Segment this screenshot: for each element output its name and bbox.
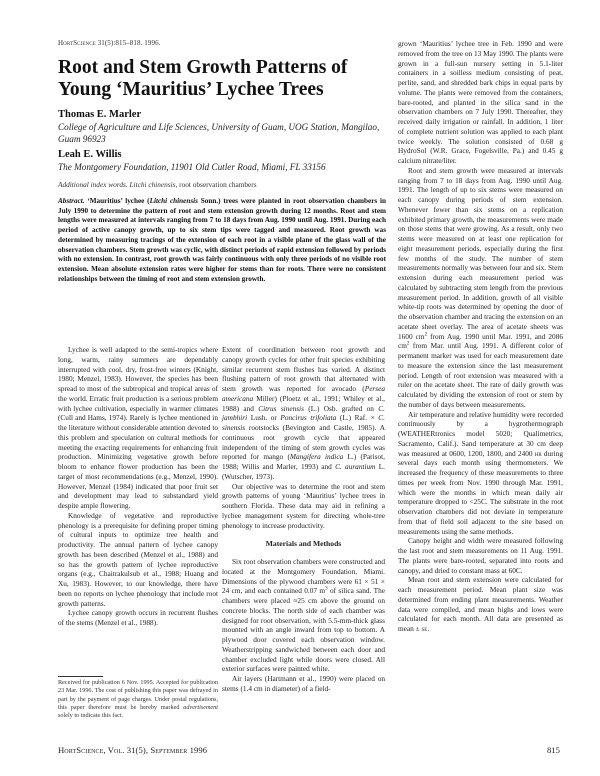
paragraph: Air temperature and relative humidity we… [398,410,563,537]
author-affiliation: The Montgomery Foundation, 11901 Old Cut… [58,162,398,174]
footnote: Received for publication 6 Nov. 1995. Ac… [58,679,218,720]
paragraph: Extent of coordination between root grow… [222,345,385,482]
index-words-species: Litchi chinensis [129,180,175,189]
body-column-middle: Extent of coordination between root grow… [222,345,385,694]
body-column-left: Lychee is well adapted to the semi-tropi… [58,345,218,628]
paragraph: Knowledge of vegetative and reproductive… [58,511,218,609]
footer-journal: HortScience, Vol. 31(5), September 1996 [58,745,207,755]
footnote-divider [58,676,103,677]
paragraph: Mean root and stem extension were calcul… [398,575,563,634]
index-words-rest: , root observation chambers [176,180,257,189]
page-title: Root and Stem Growth Patterns of Young ‘… [58,57,398,100]
journal-name: HortScience [58,39,96,47]
paragraph: Canopy height and width were measured fo… [398,536,563,575]
paragraph: Lychee is well adapted to the semi-tropi… [58,345,218,511]
paragraph: Air layers (Hartmann et al., 1990) were … [222,674,385,694]
paragraph: Our objective was to determine the root … [222,482,385,531]
paragraph: Lychee canopy growth occurs in recurrent… [58,608,218,628]
paragraph: grown ‘Mauritius’ lychee tree in Feb. 19… [398,39,563,166]
abstract-label: Abstract. [58,197,85,205]
body-column-right: grown ‘Mauritius’ lychee tree in Feb. 19… [398,39,563,634]
page-number: 815 [547,745,560,755]
author-affiliation: College of Agriculture and Life Sciences… [58,122,398,145]
paragraph: Six root observation chambers were const… [222,557,385,674]
index-words-label: Additional index words. [58,180,128,189]
paragraph: Root and stem growth were measured at in… [398,166,563,410]
index-words: Additional index words. Litchi chinensis… [58,180,257,189]
section-heading: Materials and Methods [222,539,385,549]
citation: 31(5):815–818. 1996. [98,39,161,47]
author-name: Leah E. Willis [58,149,122,160]
author-name: Thomas E. Marler [58,109,141,120]
abstract: Abstract. ‘Mauritius’ lychee (Litchi chi… [58,197,386,284]
running-head: HortScience 31(5):815–818. 1996. [58,39,161,47]
